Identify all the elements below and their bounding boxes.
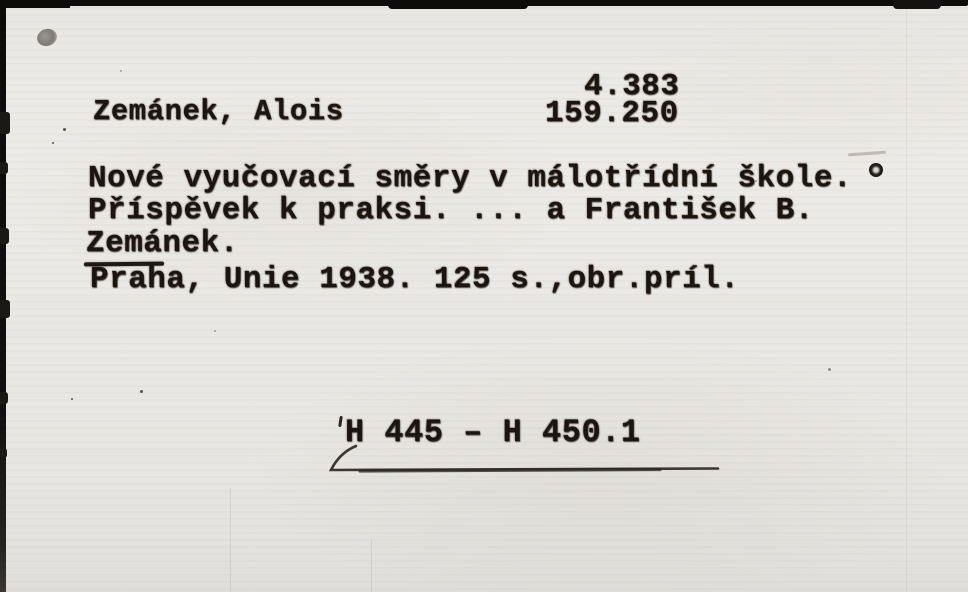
punch-hole-mark bbox=[35, 26, 59, 48]
scan-edge-bump bbox=[0, 392, 8, 404]
speck bbox=[214, 330, 216, 332]
title-line-2: Příspěvek k praksi. ... a František B. bbox=[88, 195, 814, 226]
call-number-bottom: 159.250 bbox=[545, 98, 679, 129]
speck bbox=[828, 368, 831, 371]
scan-edge-bump bbox=[0, 448, 7, 458]
author-heading: Zemánek, Alois bbox=[93, 97, 344, 126]
speck bbox=[52, 142, 54, 144]
stray-tick-mark bbox=[338, 416, 343, 427]
scan-edge-bump bbox=[0, 112, 10, 134]
catalog-card-scan: 4.383 159.250 Zemánek, Alois Nové vyučov… bbox=[0, 0, 968, 592]
speck bbox=[140, 390, 143, 393]
title-line-1: Nové vyučovací směry v málotřídní škole. bbox=[88, 163, 852, 194]
scan-edge-top-blob bbox=[388, 0, 528, 9]
scan-edge-bump bbox=[0, 228, 9, 244]
speck bbox=[63, 128, 66, 131]
paper-crease bbox=[230, 488, 231, 592]
scratch-artifact bbox=[848, 151, 886, 157]
title-line-3: Zemánek. bbox=[86, 228, 239, 259]
scan-edge-bump bbox=[0, 162, 8, 174]
scan-edge-bump bbox=[0, 300, 10, 318]
paper-crease bbox=[906, 0, 907, 592]
paper-crease bbox=[371, 540, 372, 592]
speck bbox=[71, 398, 73, 400]
ink-dot-artifact bbox=[869, 163, 883, 177]
shelf-mark: H 445 – H 450.1 bbox=[345, 417, 641, 449]
speck bbox=[120, 70, 122, 72]
scan-edge-top-blob bbox=[893, 0, 941, 9]
scan-edge-top-blob bbox=[0, 0, 70, 8]
imprint-line: Praha, Unie 1938. 125 s.,obr.príl. bbox=[90, 264, 740, 295]
scan-edge-left bbox=[0, 0, 6, 592]
